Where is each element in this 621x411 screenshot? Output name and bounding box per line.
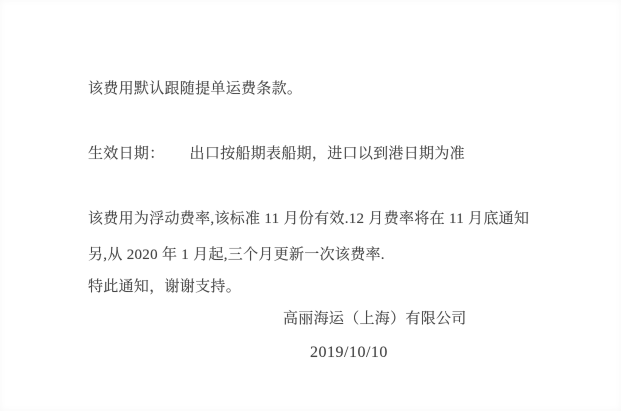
effective-date-text: 出口按船期表船期，进口以到港日期为准 [190, 146, 465, 162]
effective-date-line: 生效日期：出口按船期表船期，进口以到港日期为准 [88, 147, 465, 162]
signature-company: 高丽海运（上海）有限公司 [283, 312, 467, 327]
floating-rate-line-1: 该费用为浮动费率,该标准 11 月份有效.12 月费率将在 11 月底通知 [88, 212, 529, 227]
bl-clause-line: 该费用默认跟随提单运费条款。 [88, 82, 302, 97]
signature-date: 2019/10/10 [310, 345, 388, 361]
notice-document: 该费用默认跟随提单运费条款。 生效日期：出口按船期表船期，进口以到港日期为准 该… [0, 0, 621, 411]
closing-line: 特此通知，谢谢支持。 [88, 280, 241, 295]
effective-date-label: 生效日期： [88, 146, 165, 162]
floating-rate-line-2: 另,从 2020 年 1 月起,三个月更新一次该费率. [88, 248, 385, 263]
